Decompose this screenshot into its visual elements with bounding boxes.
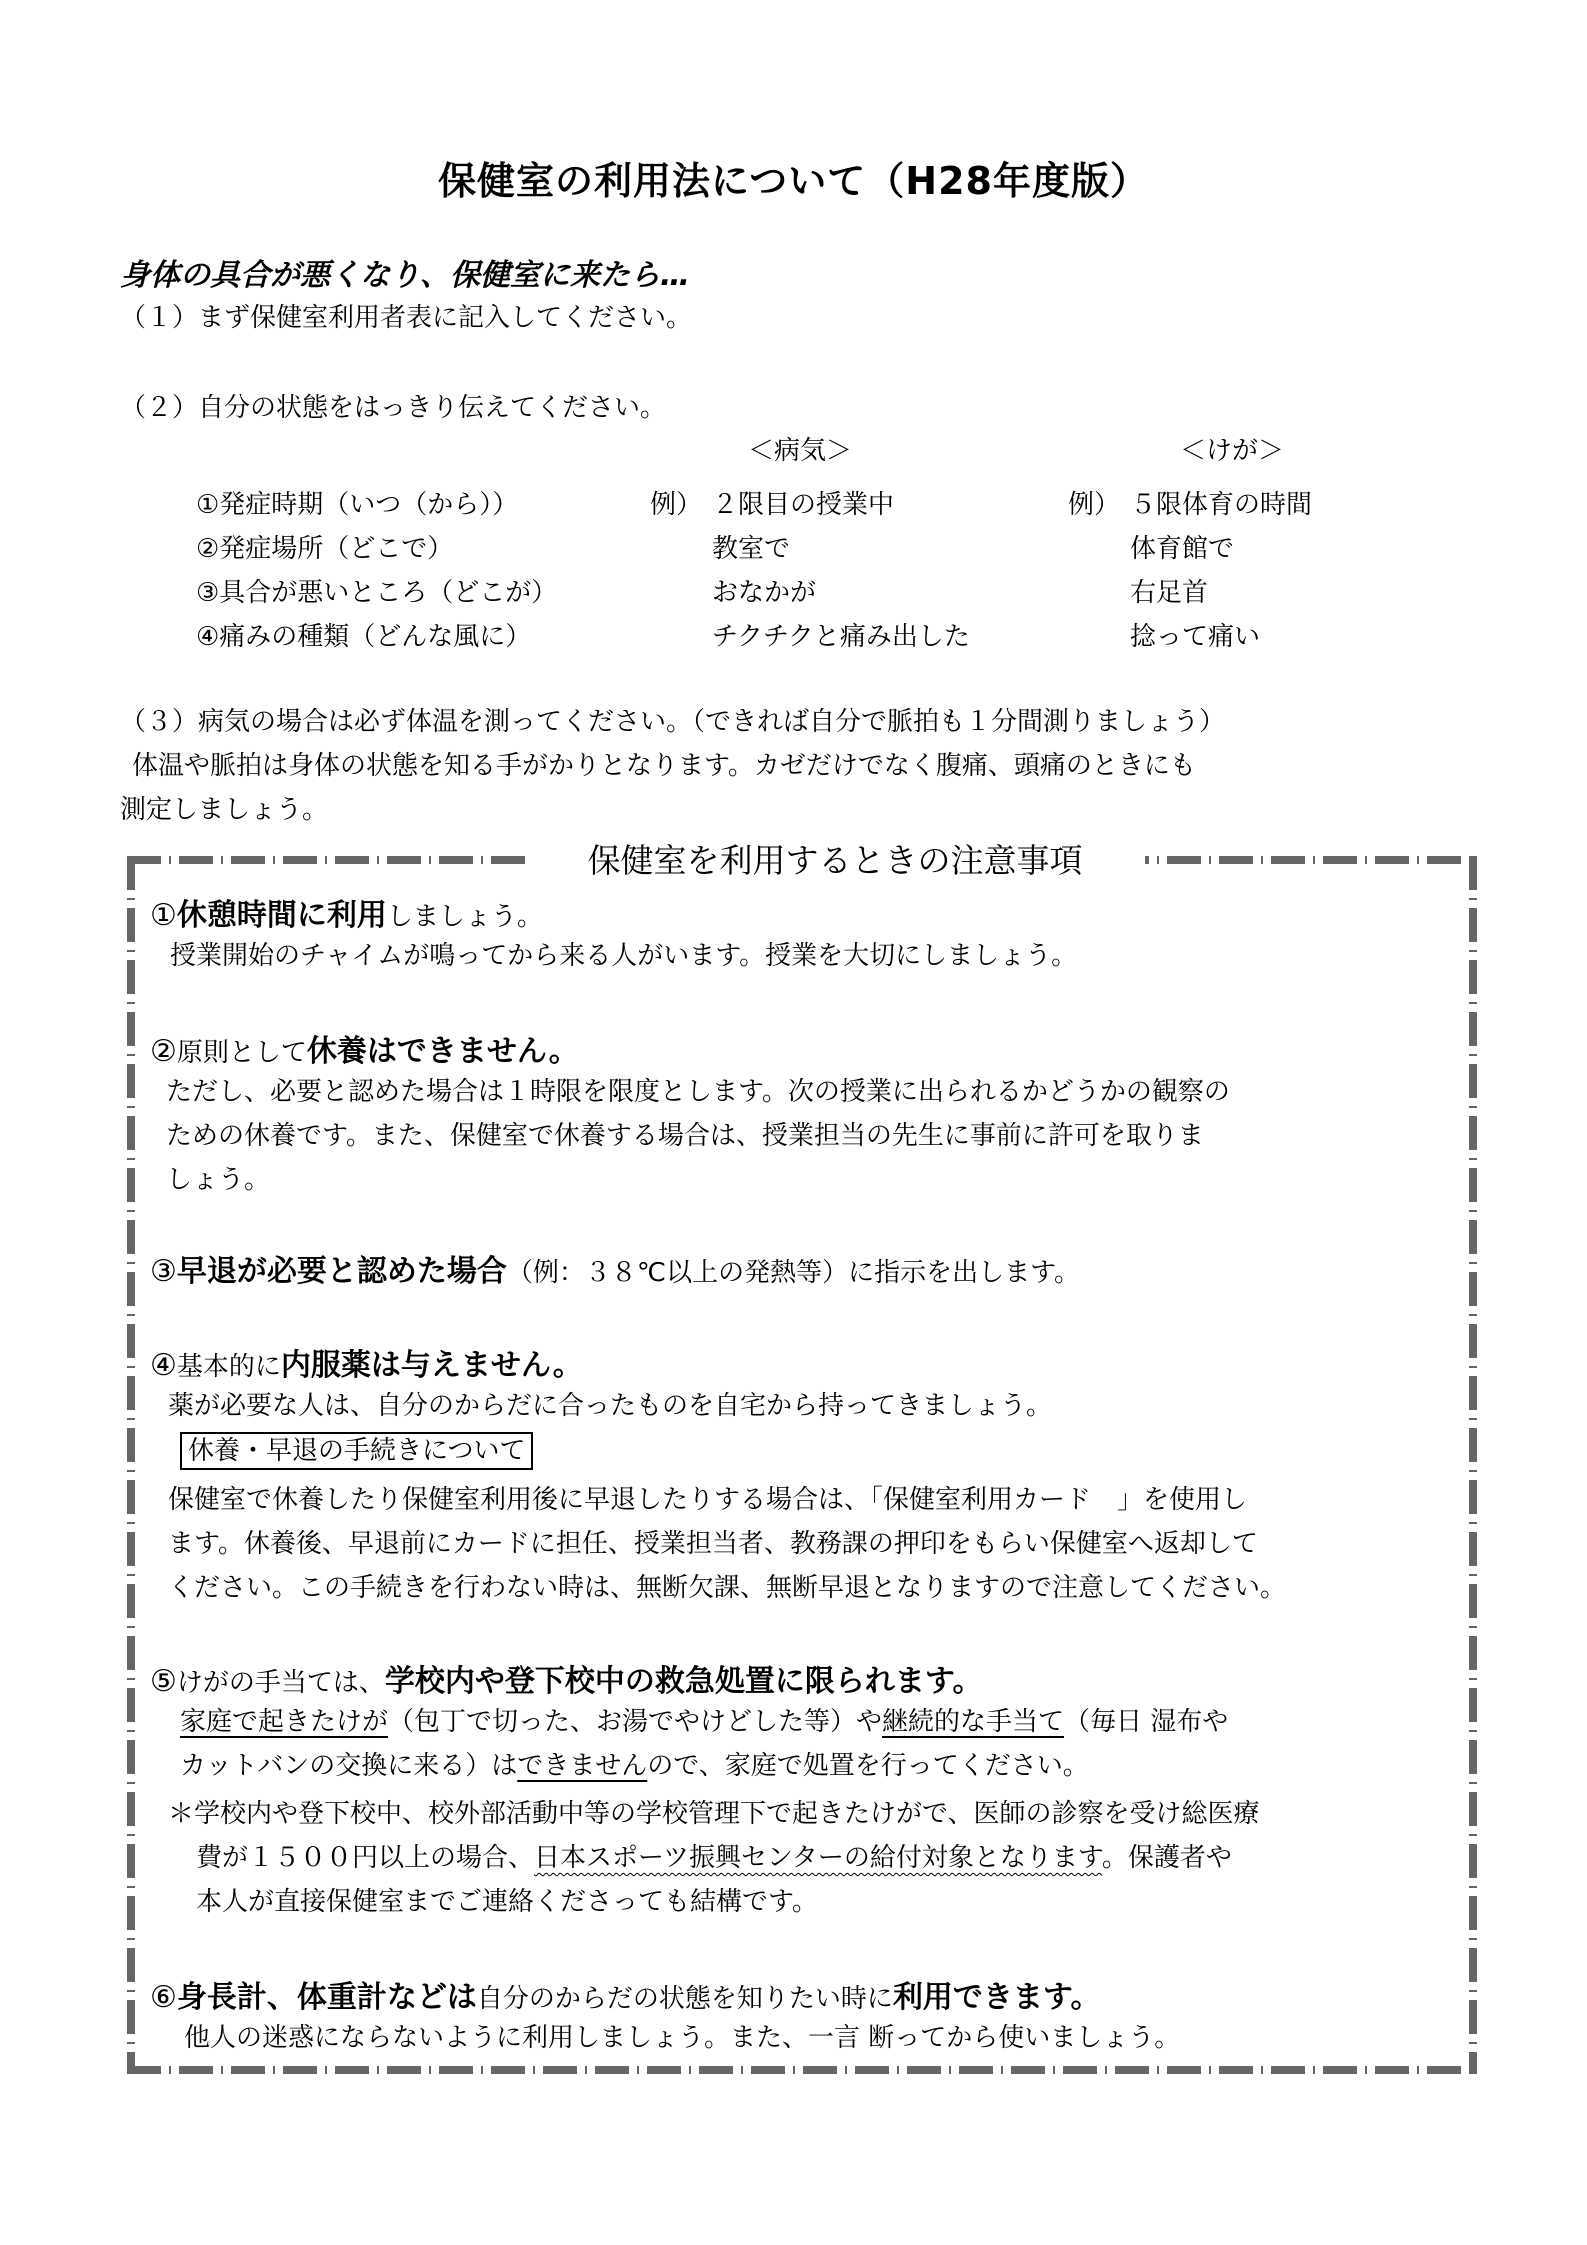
notice-5-line-1-end: （毎日 湿布や bbox=[1064, 1707, 1228, 1737]
notice-border-bottom bbox=[127, 2066, 1477, 2074]
notice-5-line-1-mid: （包丁で切った、お湯でやけどした等）や bbox=[388, 1707, 882, 1737]
notice-2-heading: ②原則として休養はできません。 bbox=[150, 1026, 579, 1070]
notice-5-note-line-2-pre: 費が１５００円以上の場合、 bbox=[196, 1843, 534, 1873]
notice-6-num: ⑥ bbox=[150, 1980, 177, 2015]
example-prefix-illness: 例） bbox=[650, 484, 702, 521]
procedure-line-3: ください。この手続きを行わない時は、無断欠課、無断早退となりますので注意してくだ… bbox=[168, 1566, 1286, 1610]
step-3-line-2: 体温や脈拍は身体の状態を知る手がかりとなります。カゼだけでなく腹痛、頭痛のときに… bbox=[132, 744, 1196, 788]
notice-2-body-1: ただし、必要と認めた場合は１時限を限度とします。次の授業に出られるかどうかの観察… bbox=[166, 1070, 1230, 1114]
notice-1-rest: しましょう。 bbox=[387, 902, 543, 932]
procedure-heading: 休養・早退の手続きについて bbox=[180, 1432, 533, 1470]
notice-6-heading: ⑥身長計、体重計などは自分のからだの状態を知りたい時に利用できます。 bbox=[150, 1972, 1101, 2016]
notice-3-num: ③ bbox=[150, 1254, 177, 1289]
notice-3-bold: 早退が必要と認めた場合 bbox=[177, 1254, 507, 1289]
notice-title: 保健室を利用するときの注意事項 bbox=[525, 835, 1145, 882]
notice-6-body: 他人の迷惑にならないように利用しましょう。また、一言 断ってから使いましょう。 bbox=[184, 2016, 1180, 2060]
notice-1-body: 授業開始のチャイムが鳴ってから来る人がいます。授業を大切にしましょう。 bbox=[170, 934, 1077, 978]
notice-5-note-line-2: 費が１５００円以上の場合、日本スポーツ振興センターの給付対象となります。保護者や bbox=[196, 1836, 1232, 1880]
row-illness-2: 教室で bbox=[712, 528, 790, 565]
notice-1-bold: 休憩時間に利用 bbox=[177, 898, 387, 933]
notice-5-note-line-1: ＊学校内や登下校中、校外部活動中等の学校管理下で起きたけがで、医師の診察を受け総… bbox=[168, 1792, 1259, 1836]
row-item-1: ①発症時期（いつ（から）） bbox=[196, 484, 518, 521]
notice-4-bold: 内服薬は与えません。 bbox=[281, 1348, 583, 1383]
notice-6-mid: 自分のからだの状態を知りたい時に bbox=[477, 1984, 893, 2014]
notice-5-note-line-3: 本人が直接保健室までご連絡くださっても結構です。 bbox=[196, 1880, 818, 1924]
notice-5-line-2: カットバンの交換に来る）はできませんので、家庭で処置を行ってください。 bbox=[180, 1744, 1089, 1788]
row-item-2: ②発症場所（どこで） bbox=[196, 528, 453, 565]
notice-5-pre: けがの手当ては、 bbox=[177, 1668, 385, 1698]
notice-4-num: ④ bbox=[150, 1348, 177, 1383]
notice-5-line-2-pre: カットバンの交換に来る）は bbox=[180, 1751, 517, 1781]
header-injury: ＜けが＞ bbox=[1180, 430, 1284, 467]
notice-1-num: ① bbox=[150, 898, 177, 933]
notice-5-heading: ⑤けがの手当ては、学校内や登下校中の救急処置に限られます。 bbox=[150, 1656, 983, 1700]
step-3-line-3: 測定しましょう。 bbox=[120, 788, 328, 832]
notice-5-line-2-end: ので、家庭で処置を行ってください。 bbox=[647, 1751, 1088, 1781]
row-injury-3: 右足首 bbox=[1130, 572, 1208, 609]
procedure-heading-box: 休養・早退の手続きについて bbox=[180, 1432, 533, 1470]
notice-5-note-line-2-end: 。保護者や bbox=[1102, 1843, 1232, 1873]
step-1: （１）まず保健室利用者表に記入してください。 bbox=[120, 296, 692, 340]
notice-6-bold-2: 利用できます。 bbox=[893, 1980, 1101, 2015]
notice-border-left bbox=[127, 856, 135, 2074]
row-item-3: ③具合が悪いところ（どこが） bbox=[196, 572, 557, 609]
notice-border-right bbox=[1469, 856, 1477, 2074]
notice-2-pre: 原則として bbox=[177, 1038, 307, 1068]
row-injury-2: 体育館で bbox=[1130, 528, 1234, 565]
notice-4-pre: 基本的に bbox=[177, 1352, 281, 1382]
notice-3-paren: （例：３８℃以上の発熱等） bbox=[507, 1258, 848, 1288]
notice-2-bold: 休養はできません。 bbox=[307, 1034, 579, 1069]
notice-1-heading: ①休憩時間に利用しましょう。 bbox=[150, 890, 543, 934]
notice-2-body-3: しょう。 bbox=[166, 1158, 270, 1202]
row-illness-3: おなかが bbox=[712, 572, 816, 609]
notice-5-line-1: 家庭で起きたけが（包丁で切った、お湯でやけどした等）や継続的な手当て（毎日 湿布… bbox=[180, 1700, 1228, 1744]
lead-heading: 身体の具合が悪くなり、保健室に来たら… bbox=[120, 250, 690, 294]
row-illness-4: チクチクと痛み出した bbox=[712, 616, 970, 653]
notice-5-bold: 学校内や登下校中の救急処置に限られます。 bbox=[385, 1664, 983, 1699]
notice-4-body: 薬が必要な人は、自分のからだに合ったものを自宅から持ってきましょう。 bbox=[168, 1384, 1052, 1428]
ongoing-care-underlined: 継続的な手当て bbox=[882, 1707, 1064, 1737]
step-3-line-1: （３）病気の場合は必ず体温を測ってください。（できれば自分で脈拍も１分間測りまし… bbox=[120, 700, 1225, 744]
row-item-4: ④痛みの種類（どんな風に） bbox=[196, 616, 531, 653]
row-illness-1: ２限目の授業中 bbox=[712, 484, 894, 521]
page-title: 保健室の利用法について（H28年度版） bbox=[0, 150, 1587, 205]
notice-5-num: ⑤ bbox=[150, 1664, 177, 1699]
notice-6-bold-1: 身長計、体重計などは bbox=[177, 1980, 477, 2015]
procedure-line-2: ます。休養後、早退前にカードに担任、授業担当者、教務課の押印をもらい保健室へ返却… bbox=[168, 1522, 1258, 1566]
notice-3-rest: に指示を出します。 bbox=[848, 1258, 1080, 1288]
notice-3-heading: ③早退が必要と認めた場合（例：３８℃以上の発熱等）に指示を出します。 bbox=[150, 1246, 1080, 1290]
notice-2-num: ② bbox=[150, 1034, 177, 1069]
example-prefix-injury: 例） bbox=[1068, 484, 1120, 521]
notice-4-heading: ④基本的に内服薬は与えません。 bbox=[150, 1340, 583, 1384]
step-2: （２）自分の状態をはっきり伝えてください。 bbox=[120, 386, 666, 430]
row-injury-1: ５限体育の時間 bbox=[1130, 484, 1312, 521]
row-injury-4: 捻って痛い bbox=[1130, 616, 1260, 653]
home-injury-underlined: 家庭で起きたけが bbox=[180, 1707, 388, 1737]
header-illness: ＜病気＞ bbox=[748, 430, 852, 467]
cannot-underlined: できません bbox=[517, 1751, 647, 1781]
notice-2-body-2: ための休養です。また、保健室で休養する場合は、授業担当の先生に事前に許可を取りま bbox=[166, 1114, 1204, 1158]
procedure-line-1: 保健室で休養したり保健室利用後に早退したりする場合は、「保健室利用カード 」を使… bbox=[168, 1478, 1247, 1522]
sports-center-wavy: 日本スポーツ振興センターの給付対象となります bbox=[534, 1843, 1102, 1873]
